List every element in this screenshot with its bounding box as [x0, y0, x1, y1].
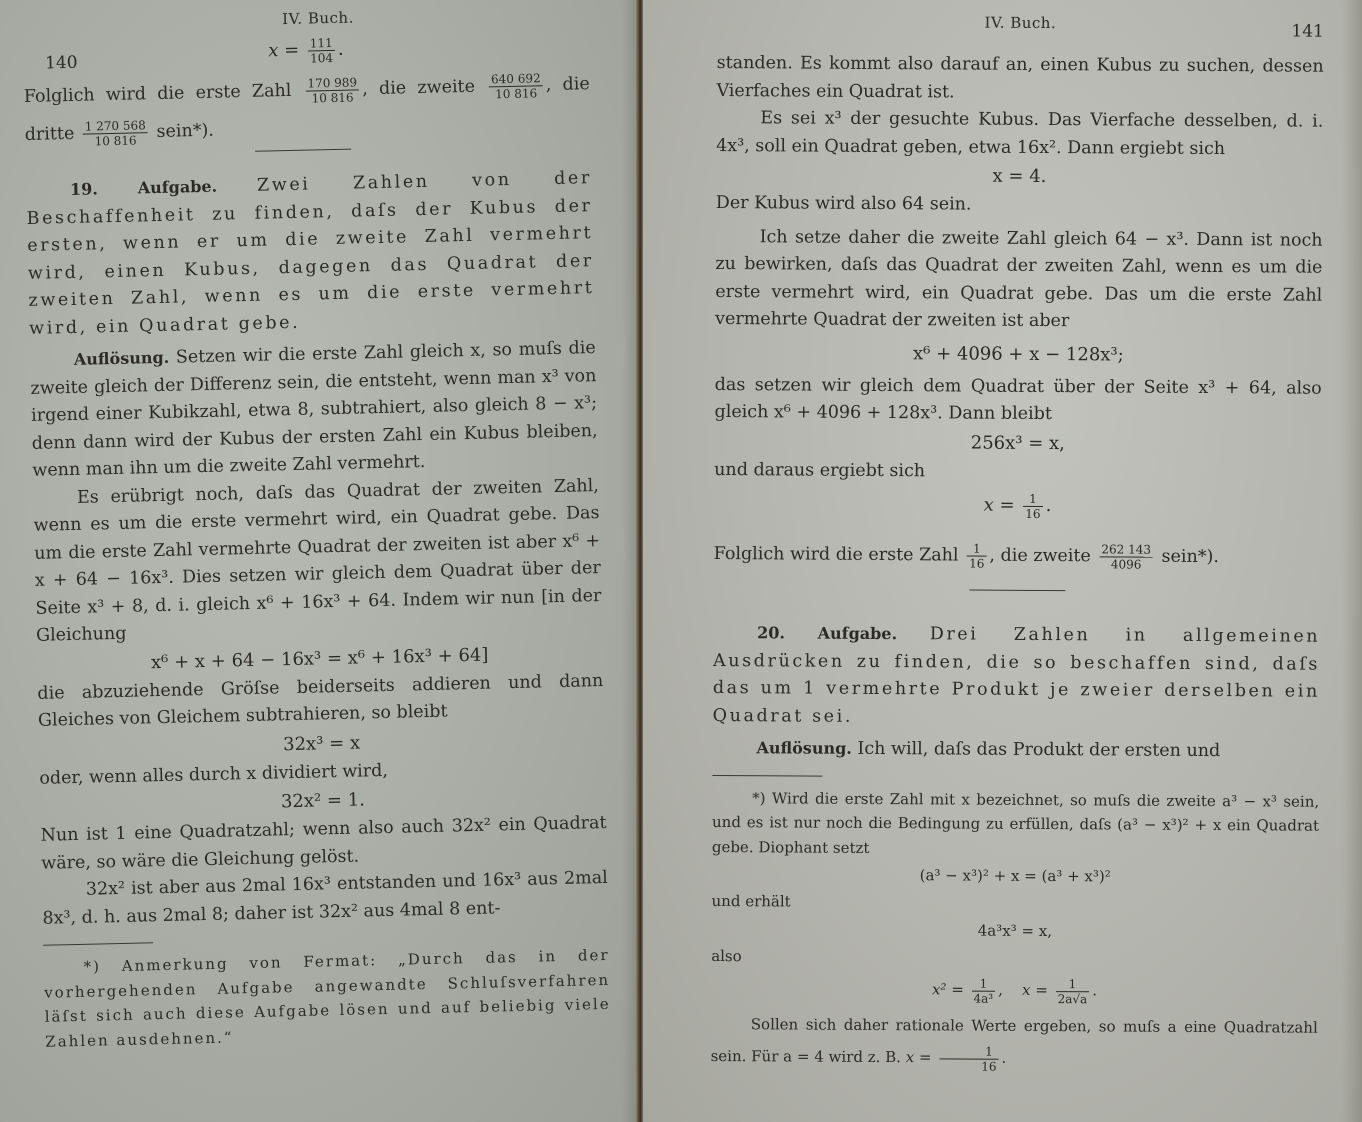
- left-page: IV. Buch. 140 x = 111 104 . Folglich wir…: [0, 0, 640, 1122]
- open-book-spread: IV. Buch. 140 x = 111 104 . Folglich wir…: [0, 0, 1362, 1122]
- footnote-divider: [43, 942, 153, 945]
- paragraph: standen. Es kommt also darauf an, einen …: [716, 50, 1323, 109]
- page-shadow: [1342, 0, 1362, 1122]
- footnote: *) Wird die erste Zahl mit x bezeichnet,…: [712, 785, 1319, 862]
- page-number: 141: [1291, 22, 1324, 42]
- result-paragraph: Folglich wird die erste Zahl 116, die zw…: [714, 534, 1321, 578]
- section-divider: [969, 590, 1065, 592]
- footnote-text: Sollen sich daher rationale Werte ergebe…: [711, 1008, 1318, 1076]
- paragraph: und daraus ergiebt sich: [714, 456, 1321, 487]
- footnote-text: also: [711, 943, 1318, 971]
- paragraph: 32x² ist aber aus 2mal 16x³ entstanden u…: [42, 865, 609, 933]
- footnote-divider: [712, 774, 822, 776]
- solution-paragraph: Auflösung. Ich will, daſs das Produkt de…: [712, 734, 1319, 766]
- right-running-head: IV. Buch. 141: [717, 10, 1324, 42]
- result-paragraph: Folglich wird die erste Zahl 170 98910 8…: [23, 65, 591, 154]
- paragraph: das setzen wir gleich dem Quadrat über d…: [714, 371, 1321, 430]
- running-title: IV. Buch.: [717, 12, 1324, 34]
- page-number: 140: [45, 53, 78, 74]
- problem-label: 20. Aufgabe.: [757, 623, 897, 643]
- paragraph: Es erübrigt noch, daſs das Quadrat der z…: [33, 473, 603, 651]
- paragraph: Es sei x³ der gesuchte Kubus. Das Vierfa…: [716, 105, 1323, 164]
- equation: x⁶ + 4096 + x − 128x³;: [715, 337, 1322, 371]
- equation: 256x³ = x,: [714, 426, 1321, 460]
- footnote-equation: x² = 14a³, x = 12a√a.: [711, 968, 1318, 1012]
- footnote-equation: (a³ − x³)² + x = (a³ + x³)²: [712, 859, 1319, 893]
- running-title: IV. Buch.: [142, 3, 588, 31]
- section-divider: [255, 149, 351, 152]
- paragraph: Ich setze daher die zweite Zahl gleich 6…: [715, 223, 1323, 337]
- solution-paragraph: Auflösung. Setzen wir die erste Zahl gle…: [30, 334, 599, 485]
- paragraph: Der Kubus wird also 64 sein.: [716, 190, 1323, 221]
- right-page-body: IV. Buch. 141 standen. Es kommt also dar…: [711, 10, 1324, 1076]
- solution-label: Auflösung.: [74, 348, 170, 369]
- footnote-equation: 4a³x³ = x,: [711, 913, 1318, 947]
- left-page-body: IV. Buch. 140 x = 111 104 . Folglich wir…: [22, 1, 611, 1054]
- page-shadow: [622, 0, 636, 1122]
- equation: x = 4.: [716, 160, 1323, 194]
- problem-label: 19. Aufgabe.: [70, 177, 218, 199]
- problem-19: 19. Aufgabe. Zwei Zahlen von der Beschaf…: [26, 164, 596, 343]
- footnote: *) Anmerkung von Fermat: „Durch das in d…: [43, 943, 611, 1054]
- problem-20: 20. Aufgabe. Drei Zahlen in allgemeinen …: [713, 619, 1321, 734]
- solution-label: Auflösung.: [756, 738, 852, 758]
- fraction: 111 104: [308, 35, 336, 65]
- footnote-text: und erhält: [711, 889, 1318, 917]
- equation: x = 116.: [714, 484, 1321, 528]
- right-page: IV. Buch. 141 standen. Es kommt also dar…: [643, 0, 1362, 1122]
